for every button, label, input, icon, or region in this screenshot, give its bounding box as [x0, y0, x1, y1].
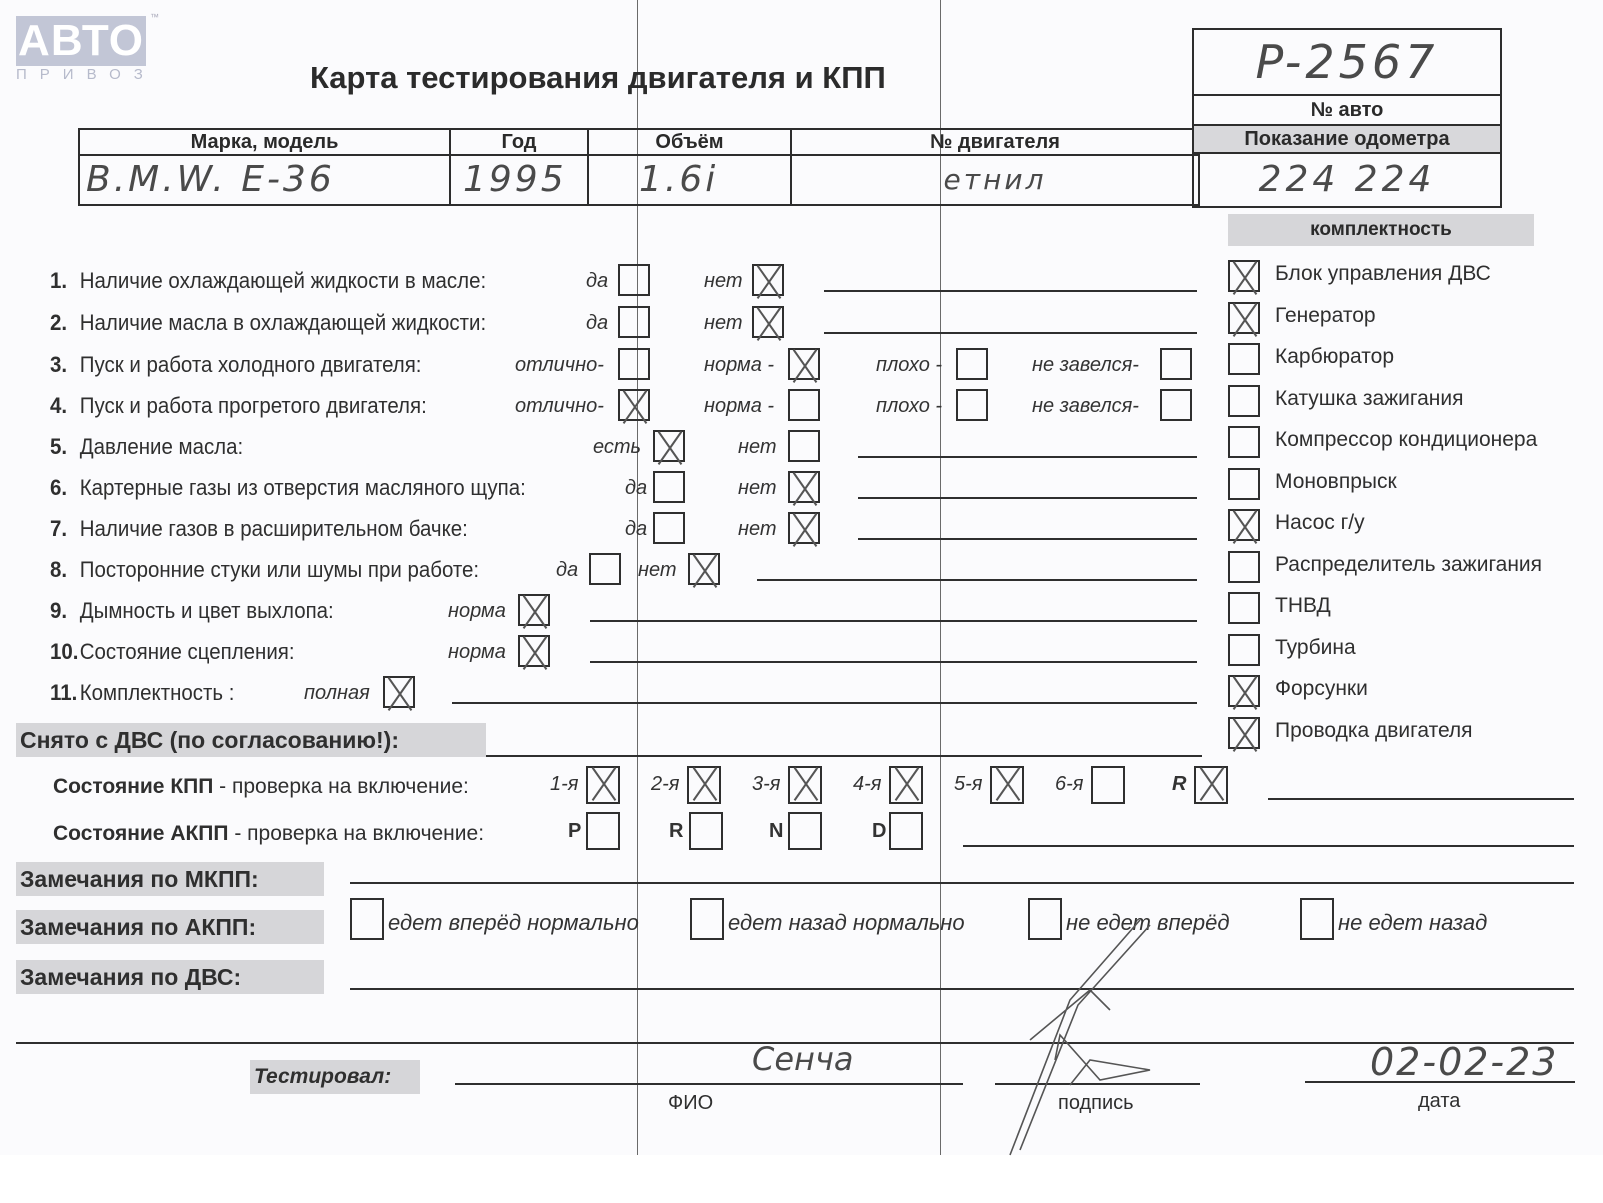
option-label: нет — [638, 559, 677, 582]
remarks-mkpp-line[interactable] — [350, 882, 1574, 884]
akpp-position-label: R — [669, 820, 683, 843]
question-remark-line[interactable] — [858, 497, 1197, 499]
completeness-checkbox[interactable] — [1228, 717, 1260, 749]
option-checkbox[interactable] — [518, 635, 550, 667]
question-text: Давление масла: — [80, 434, 243, 459]
completeness-checkbox[interactable] — [1228, 509, 1260, 541]
option-checkbox[interactable] — [752, 264, 784, 296]
question-remark-line[interactable] — [824, 290, 1197, 292]
remarks-dvs-label: Замечания по ДВС: — [16, 960, 324, 994]
logo-trademark: ™ — [150, 12, 159, 22]
col-year: Год — [451, 130, 587, 154]
gear-label: R — [1172, 773, 1186, 796]
option-checkbox[interactable] — [618, 306, 650, 338]
col-make-model: Марка, модель — [80, 130, 449, 154]
option-label: да — [556, 559, 578, 582]
date-caption: дата — [1418, 1090, 1460, 1113]
question-row: 10.Состояние сцепления: — [50, 639, 295, 665]
completeness-item: Карбюратор — [1275, 345, 1394, 369]
gear-label: 3-я — [752, 773, 780, 796]
completeness-checkbox[interactable] — [1228, 343, 1260, 375]
completeness-item: Катушка зажигания — [1275, 387, 1463, 411]
gear-label: 6-я — [1055, 773, 1083, 796]
question-number: 10. — [50, 639, 80, 665]
akpp-position-checkbox[interactable] — [788, 812, 822, 850]
question-number: 8. — [50, 557, 80, 583]
question-number: 5. — [50, 434, 80, 460]
mkpp-label-bold: Состояние КПП — [53, 775, 213, 798]
gear-checkbox[interactable] — [1091, 766, 1125, 804]
akpp-remark-label: едет назад нормально — [728, 910, 965, 936]
completeness-item: Форсунки — [1275, 677, 1368, 701]
completeness-item: Турбина — [1275, 636, 1356, 660]
name-caption: ФИО — [668, 1092, 713, 1115]
col-volume: Объём — [589, 130, 790, 154]
question-row: 3.Пуск и работа холодного двигателя: — [50, 352, 422, 378]
question-number: 4. — [50, 393, 80, 419]
question-text: Картерные газы из отверстия масляного щу… — [80, 475, 526, 500]
akpp-position-checkbox[interactable] — [586, 812, 620, 850]
question-remark-line[interactable] — [824, 332, 1197, 334]
question-number: 1. — [50, 268, 80, 294]
option-label: полная — [304, 682, 370, 705]
mkpp-line[interactable] — [1268, 798, 1574, 800]
name-value[interactable]: Сенча — [752, 1040, 853, 1078]
question-number: 9. — [50, 598, 80, 624]
option-label: да — [586, 270, 608, 293]
option-label: норма - — [704, 395, 774, 418]
akpp-remark-checkbox[interactable] — [1300, 898, 1334, 940]
gear-checkbox[interactable] — [586, 766, 620, 804]
completeness-item: ТНВД — [1275, 594, 1331, 618]
question-text: Дымность и цвет выхлопа: — [80, 598, 334, 623]
option-label: отлично- — [515, 354, 604, 377]
vehicle-info-table: Марка, модель Год Объём № двигателя B.M.… — [78, 128, 1200, 206]
logo-subtitle: ПРИВОЗ — [16, 66, 156, 83]
signature-scribble — [1000, 920, 1200, 1160]
option-label: норма - — [704, 354, 774, 377]
page-title: Карта тестирования двигателя и КПП — [310, 60, 886, 96]
question-row: 7.Наличие газов в расширительном бачке: — [50, 516, 468, 542]
option-label: плохо - — [876, 354, 942, 377]
gear-checkbox[interactable] — [889, 766, 923, 804]
option-label: нет — [738, 518, 777, 541]
option-label: нет — [704, 270, 743, 293]
completeness-checkbox[interactable] — [1228, 675, 1260, 707]
question-number: 11. — [50, 680, 80, 706]
option-checkbox[interactable] — [788, 348, 820, 380]
option-label: норма — [448, 641, 506, 664]
option-checkbox[interactable] — [589, 553, 621, 585]
option-label: не завелся- — [1032, 354, 1139, 377]
completeness-checkbox[interactable] — [1228, 260, 1260, 292]
date-value[interactable]: 02-02-23 — [1370, 1040, 1558, 1084]
option-checkbox[interactable] — [956, 389, 988, 421]
plate-value[interactable]: P-2567 — [1194, 30, 1500, 96]
completeness-checkbox[interactable] — [1228, 592, 1260, 624]
removed-label: Снято с ДВС (по согласованию!): — [16, 723, 486, 757]
question-number: 6. — [50, 475, 80, 501]
question-row: 9.Дымность и цвет выхлопа: — [50, 598, 334, 624]
gear-checkbox[interactable] — [687, 766, 721, 804]
completeness-checkbox[interactable] — [1228, 426, 1260, 458]
completeness-item: Компрессор кондиционера — [1275, 428, 1537, 452]
option-checkbox[interactable] — [518, 594, 550, 626]
akpp-label-bold: Состояние АКПП — [53, 822, 229, 845]
logo: АВТО — [16, 16, 146, 66]
question-remark-line[interactable] — [757, 579, 1197, 581]
option-label: да — [625, 477, 647, 500]
option-checkbox[interactable] — [788, 512, 820, 544]
gear-label: 5-я — [954, 773, 982, 796]
completeness-item: Распределитель зажигания — [1275, 553, 1542, 577]
question-number: 2. — [50, 310, 80, 336]
gear-checkbox[interactable] — [1194, 766, 1228, 804]
question-remark-line[interactable] — [858, 538, 1197, 540]
gear-label: 1-я — [550, 773, 578, 796]
question-remark-line[interactable] — [858, 456, 1197, 458]
mkpp-check-label: Состояние КПП - проверка на включение: — [53, 775, 469, 799]
question-text: Наличие газов в расширительном бачке: — [80, 516, 468, 541]
option-label: отлично- — [515, 395, 604, 418]
question-remark-line[interactable] — [590, 661, 1197, 663]
question-row: 4.Пуск и работа прогретого двигателя: — [50, 393, 427, 419]
akpp-position-checkbox[interactable] — [689, 812, 723, 850]
question-text: Посторонние стуки или шумы при работе: — [80, 557, 479, 582]
test-card-sheet: АВТО ™ ПРИВОЗ Карта тестирования двигате… — [0, 0, 1603, 1155]
option-checkbox[interactable] — [956, 348, 988, 380]
option-label: есть — [593, 436, 641, 459]
option-checkbox[interactable] — [618, 264, 650, 296]
question-row: 8.Посторонние стуки или шумы при работе: — [50, 557, 479, 583]
akpp-remark-checkbox[interactable] — [350, 898, 384, 940]
akpp-check-label: Состояние АКПП - проверка на включение: — [53, 822, 484, 846]
question-text: Пуск и работа прогретого двигателя: — [80, 393, 427, 418]
option-checkbox[interactable] — [383, 676, 415, 708]
option-checkbox[interactable] — [688, 553, 720, 585]
option-checkbox[interactable] — [1160, 389, 1192, 421]
question-row: 6.Картерные газы из отверстия масляного … — [50, 475, 526, 501]
odometer-label: Показание одометра — [1194, 126, 1500, 154]
plate-label: № авто — [1194, 96, 1500, 126]
option-label: плохо - — [876, 395, 942, 418]
question-text: Состояние сцепления: — [80, 639, 295, 664]
option-checkbox[interactable] — [788, 430, 820, 462]
mkpp-label-rest: - проверка на включение: — [213, 775, 469, 798]
question-row: 1.Наличие охлаждающей жидкости в масле: — [50, 268, 486, 294]
option-checkbox[interactable] — [618, 389, 650, 421]
name-line[interactable] — [455, 1083, 963, 1085]
option-checkbox[interactable] — [752, 306, 784, 338]
completeness-title: комплектность — [1228, 214, 1534, 246]
question-text: Наличие охлаждающей жидкости в масле: — [80, 268, 486, 293]
remarks-akpp-label: Замечания по АКПП: — [16, 910, 324, 944]
option-label: норма — [448, 600, 506, 623]
gear-label: 4-я — [853, 773, 881, 796]
akpp-line[interactable] — [963, 845, 1574, 847]
option-label: нет — [738, 436, 777, 459]
make-model-value[interactable]: B.M.W. E-36 — [80, 156, 449, 204]
akpp-label-rest: - проверка на включение: — [229, 822, 485, 845]
option-checkbox[interactable] — [618, 348, 650, 380]
completeness-item: Насос г/у — [1275, 511, 1365, 535]
removed-line[interactable] — [486, 755, 1202, 757]
tested-by-label: Тестировал: — [250, 1060, 420, 1094]
engine-number-value[interactable]: eтнил — [792, 156, 1198, 204]
option-label: да — [586, 312, 608, 335]
option-checkbox[interactable] — [788, 389, 820, 421]
completeness-item: Генератор — [1275, 304, 1376, 328]
odometer-value[interactable]: 224 224 — [1194, 154, 1500, 206]
remarks-dvs-line[interactable] — [350, 988, 1574, 990]
question-number: 3. — [50, 352, 80, 378]
question-remark-line[interactable] — [452, 702, 1197, 704]
gear-checkbox[interactable] — [990, 766, 1024, 804]
question-row: 5.Давление масла: — [50, 434, 243, 460]
akpp-position-label: N — [769, 820, 783, 843]
akpp-remark-checkbox[interactable] — [690, 898, 724, 940]
option-checkbox[interactable] — [653, 512, 685, 544]
completeness-checkbox[interactable] — [1228, 302, 1260, 334]
option-checkbox[interactable] — [653, 430, 685, 462]
question-remark-line[interactable] — [590, 620, 1197, 622]
completeness-item: Проводка двигателя — [1275, 719, 1473, 743]
volume-value[interactable]: 1.6i — [589, 156, 790, 204]
option-label: нет — [738, 477, 777, 500]
option-label: да — [625, 518, 647, 541]
akpp-remark-label: не едет назад — [1338, 910, 1487, 936]
completeness-checkbox[interactable] — [1228, 634, 1260, 666]
option-label: нет — [704, 312, 743, 335]
vehicle-id-box: P-2567 № авто Показание одометра 224 224 — [1192, 28, 1502, 208]
completeness-item: Блок управления ДВС — [1275, 262, 1491, 286]
completeness-item: Моновпрыск — [1275, 470, 1397, 494]
question-row: 11.Комплектность : — [50, 680, 234, 706]
col-engine-number: № двигателя — [792, 130, 1198, 154]
completeness-checkbox[interactable] — [1228, 468, 1260, 500]
akpp-position-label: D — [872, 820, 886, 843]
completeness-checkbox[interactable] — [1228, 551, 1260, 583]
year-value[interactable]: 1995 — [451, 156, 587, 204]
akpp-position-checkbox[interactable] — [889, 812, 923, 850]
question-row: 2.Наличие масла в охлаждающей жидкости: — [50, 310, 486, 336]
akpp-remark-label: едет вперёд нормально — [388, 910, 639, 936]
option-label: не завелся- — [1032, 395, 1139, 418]
remarks-mkpp-label: Замечания по МКПП: — [16, 862, 324, 896]
question-text: Комплектность : — [80, 680, 235, 705]
option-checkbox[interactable] — [788, 471, 820, 503]
question-text: Пуск и работа холодного двигателя: — [80, 352, 422, 377]
question-text: Наличие масла в охлаждающей жидкости: — [80, 310, 486, 335]
option-checkbox[interactable] — [653, 471, 685, 503]
completeness-checkbox[interactable] — [1228, 385, 1260, 417]
akpp-position-label: P — [568, 820, 581, 843]
gear-checkbox[interactable] — [788, 766, 822, 804]
question-number: 7. — [50, 516, 80, 542]
option-checkbox[interactable] — [1160, 348, 1192, 380]
gear-label: 2-я — [651, 773, 679, 796]
